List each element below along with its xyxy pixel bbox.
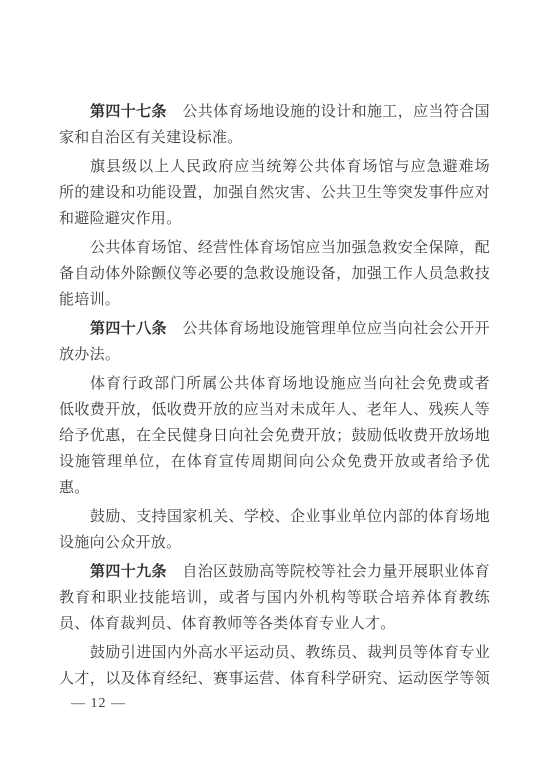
page-footer: — 12 —	[71, 695, 126, 713]
text-run: 能培训。	[59, 292, 120, 308]
article-number: 第四十八条	[90, 320, 167, 337]
text-line: 鼓励引进国内外高水平运动员、教练员、裁判员等体育专业	[59, 640, 490, 666]
text-run: 人才，以及体育经纪、赛事运营、体育科学研究、运动医学等领	[59, 671, 490, 687]
paragraph: 体育行政部门所属公共体育场地设施应当向社会免费或者低收费开放，低收费开放的应当对…	[59, 371, 490, 501]
paragraph: 第四十七条 公共体育场地设施的设计和施工，应当符合国家和自治区有关建设标准。	[59, 99, 490, 151]
text-line: 公共体育场馆、经营性体育场馆应当加强急救安全保障，配	[59, 235, 490, 261]
document-page: 第四十七条 公共体育场地设施的设计和施工，应当符合国家和自治区有关建设标准。旗县…	[0, 0, 552, 781]
text-run: 旗县级以上人民政府应当统筹公共体育场馆与应急避难场	[90, 159, 490, 175]
article-number: 第四十七条	[90, 103, 167, 120]
text-line: 给予优惠，在全民健身日向社会免费开放；鼓励低收费开放场地	[59, 423, 490, 449]
paragraph: 第四十八条 公共体育场地设施管理单位应当向社会公开开放办法。	[59, 316, 490, 368]
text-line: 教育和职业技能培训，或者与国内外机构等联合培养体育教练	[59, 585, 490, 611]
text-line: 能培训。	[59, 287, 490, 313]
page-number: — 12 —	[71, 696, 126, 711]
text-line: 鼓励、支持国家机关、学校、企业事业单位内部的体育场地	[59, 504, 490, 530]
text-line: 员、体育裁判员、体育教师等各类体育专业人才。	[59, 611, 490, 637]
text-run: 自治区鼓励高等院校等社会力量开展职业体育	[167, 564, 490, 580]
text-run: 体育行政部门所属公共体育场地设施应当向社会免费或者	[90, 376, 490, 392]
article-number: 第四十九条	[90, 563, 167, 580]
text-line: 第四十七条 公共体育场地设施的设计和施工，应当符合国	[59, 99, 490, 125]
text-run: 给予优惠，在全民健身日向社会免费开放；鼓励低收费开放场地	[59, 428, 490, 444]
text-line: 第四十九条 自治区鼓励高等院校等社会力量开展职业体育	[59, 559, 490, 585]
text-run: 和避险避灾作用。	[59, 211, 181, 227]
text-run: 放办法。	[59, 347, 120, 363]
text-line: 设施管理单位，在体育宣传周期间向公众免费开放或者给予优	[59, 449, 490, 475]
text-run: 公共体育场馆、经营性体育场馆应当加强急救安全保障，配	[90, 240, 490, 256]
text-line: 所的建设和功能设置，加强自然灾害、公共卫生等突发事件应对	[59, 180, 490, 206]
text-line: 放办法。	[59, 342, 490, 368]
text-run: 家和自治区有关建设标准。	[59, 130, 243, 146]
text-line: 第四十八条 公共体育场地设施管理单位应当向社会公开开	[59, 316, 490, 342]
text-line: 旗县级以上人民政府应当统筹公共体育场馆与应急避难场	[59, 154, 490, 180]
text-run: 低收费开放，低收费开放的应当对未成年人、老年人、残疾人等	[59, 402, 490, 418]
text-run: 惠。	[59, 480, 90, 496]
text-line: 人才，以及体育经纪、赛事运营、体育科学研究、运动医学等领	[59, 666, 490, 692]
document-body: 第四十七条 公共体育场地设施的设计和施工，应当符合国家和自治区有关建设标准。旗县…	[59, 99, 490, 695]
text-run: 公共体育场地设施的设计和施工，应当符合国	[167, 104, 490, 120]
text-run: 鼓励引进国内外高水平运动员、教练员、裁判员等体育专业	[90, 645, 490, 661]
text-run: 备自动体外除颤仪等必要的急救设施设备，加强工作人员急救技	[59, 266, 490, 282]
text-line: 备自动体外除颤仪等必要的急救设施设备，加强工作人员急救技	[59, 261, 490, 287]
text-run: 公共体育场地设施管理单位应当向社会公开开	[167, 321, 490, 337]
text-run: 鼓励、支持国家机关、学校、企业事业单位内部的体育场地	[90, 509, 490, 525]
text-line: 体育行政部门所属公共体育场地设施应当向社会免费或者	[59, 371, 490, 397]
paragraph: 旗县级以上人民政府应当统筹公共体育场馆与应急避难场所的建设和功能设置，加强自然灾…	[59, 154, 490, 232]
text-run: 所的建设和功能设置，加强自然灾害、公共卫生等突发事件应对	[59, 185, 490, 201]
text-run: 员、体育裁判员、体育教师等各类体育专业人才。	[59, 616, 396, 632]
text-line: 设施向公众开放。	[59, 530, 490, 556]
text-run: 设施向公众开放。	[59, 535, 181, 551]
text-run: 教育和职业技能培训，或者与国内外机构等联合培养体育教练	[59, 590, 490, 606]
paragraph: 鼓励引进国内外高水平运动员、教练员、裁判员等体育专业人才，以及体育经纪、赛事运营…	[59, 640, 490, 692]
text-line: 和避险避灾作用。	[59, 206, 490, 232]
paragraph: 第四十九条 自治区鼓励高等院校等社会力量开展职业体育教育和职业技能培训，或者与国…	[59, 559, 490, 637]
paragraph: 鼓励、支持国家机关、学校、企业事业单位内部的体育场地设施向公众开放。	[59, 504, 490, 556]
text-line: 低收费开放，低收费开放的应当对未成年人、老年人、残疾人等	[59, 397, 490, 423]
text-line: 家和自治区有关建设标准。	[59, 125, 490, 151]
text-line: 惠。	[59, 475, 490, 501]
paragraph: 公共体育场馆、经营性体育场馆应当加强急救安全保障，配备自动体外除颤仪等必要的急救…	[59, 235, 490, 313]
text-run: 设施管理单位，在体育宣传周期间向公众免费开放或者给予优	[59, 454, 490, 470]
